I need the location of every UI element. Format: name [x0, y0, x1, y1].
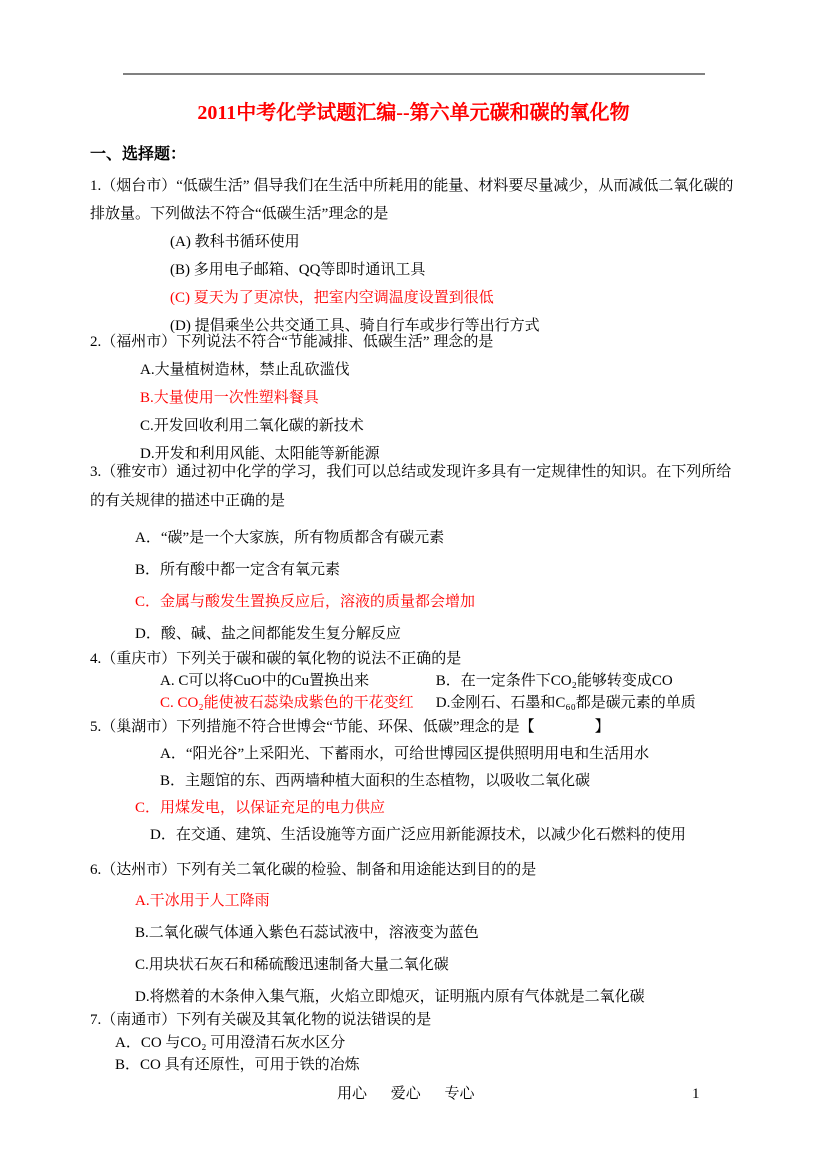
footer: 用心 爱心 专心	[337, 1086, 495, 1102]
page-title: 2011中考化学试题汇编--第六单元碳和碳的氧化物	[0, 98, 827, 128]
option: C.用块状石灰石和稀硫酸迅速制备大量二氧化碳	[90, 949, 740, 981]
question: 4.（重庆市）下列关于碳和碳的氧化物的说法不正确的是 A. C可以将CuO中的C…	[90, 648, 740, 714]
document-page: 2011中考化学试题汇编--第六单元碳和碳的氧化物 一、选择题： 1.（烟台市）…	[0, 0, 827, 1170]
option: (B) 多用电子邮箱、QQ等即时通讯工具	[90, 256, 740, 284]
option: D．在交通、建筑、生活设施等方面广泛应用新能源技术，以减少化石燃料的使用	[90, 822, 740, 849]
option: A．CO 与CO₂ 可用澄清石灰水区分	[90, 1032, 740, 1054]
question: 7.（南通市）下列有关碳及其氧化物的说法错误的是 A．CO 与CO₂ 可用澄清石…	[90, 1008, 740, 1076]
option: B．在一定条件下CO₂能够转变成CO	[436, 673, 673, 689]
option: A.干冰用于人工降雨	[90, 885, 740, 917]
option: B.大量使用一次性塑料餐具	[90, 384, 740, 412]
question-stem: 3.（雅安市）通过初中化学的学习，我们可以总结或发现许多具有一定规律性的知识。在…	[90, 458, 740, 516]
footer-word: 爱心	[391, 1086, 421, 1102]
question-stem: 6.（达州市）下列有关二氧化碳的检验、制备和用途能达到目的的是	[90, 855, 740, 885]
option: A．“碳”是一个大家族，所有物质都含有碳元素	[90, 522, 740, 554]
question-stem: 4.（重庆市）下列关于碳和碳的氧化物的说法不正确的是	[90, 648, 740, 670]
option: B．所有酸中都一定含有氧元素	[90, 554, 740, 586]
footer-word: 专心	[445, 1086, 475, 1102]
option: C.开发回收利用二氧化碳的新技术	[90, 412, 740, 440]
page-number: 1	[692, 1086, 700, 1102]
question: 3.（雅安市）通过初中化学的学习，我们可以总结或发现许多具有一定规律性的知识。在…	[90, 458, 740, 650]
option-row: C. CO₂能使被石蕊染成紫色的干花变红 D.金刚石、石墨和C₆₀都是碳元素的单…	[90, 692, 740, 714]
question-stem: 2.（福州市）下列说法不符合“节能减排、低碳生活” 理念的是	[90, 328, 740, 356]
option: D.金刚石、石墨和C₆₀都是碳元素的单质	[436, 695, 696, 711]
section-heading: 一、选择题：	[90, 143, 186, 167]
question: 1.（烟台市）“低碳生活” 倡导我们在生活中所耗用的能量、材料要尽量减少，从而减…	[90, 172, 740, 340]
question-stem: 5.（巢湖市）下列措施不符合世博会“节能、环保、低碳”理念的是【 】	[90, 713, 740, 741]
question: 2.（福州市）下列说法不符合“节能减排、低碳生活” 理念的是 A.大量植树造林，…	[90, 328, 740, 468]
question: 6.（达州市）下列有关二氧化碳的检验、制备和用途能达到目的的是 A.干冰用于人工…	[90, 855, 740, 1013]
option: C．金属与酸发生置换反应后，溶液的质量都会增加	[90, 586, 740, 618]
question: 5.（巢湖市）下列措施不符合世博会“节能、环保、低碳”理念的是【 】 A．“阳光…	[90, 713, 740, 849]
option: A．“阳光谷”上采阳光、下蓄雨水，可给世博园区提供照明用电和生活用水	[90, 741, 740, 768]
question-stem: 1.（烟台市）“低碳生活” 倡导我们在生活中所耗用的能量、材料要尽量减少，从而减…	[90, 172, 740, 228]
option: B.二氧化碳气体通入紫色石蕊试液中，溶液变为蓝色	[90, 917, 740, 949]
question-stem: 7.（南通市）下列有关碳及其氧化物的说法错误的是	[90, 1008, 740, 1032]
option: B．主题馆的东、西两墙种植大面积的生态植物，以吸收二氧化碳	[90, 768, 740, 795]
option: D．酸、碱、盐之间都能发生复分解反应	[90, 618, 740, 650]
option: C. CO₂能使被石蕊染成紫色的干花变红	[160, 692, 432, 714]
option-row: A. C可以将CuO中的Cu置换出来 B．在一定条件下CO₂能够转变成CO	[90, 670, 740, 692]
option: (C) 夏天为了更凉快，把室内空调温度设置到很低	[90, 284, 740, 312]
option: B．CO 具有还原性，可用于铁的冶炼	[90, 1054, 740, 1076]
header-rule	[123, 73, 705, 75]
option: (A) 教科书循环使用	[90, 228, 740, 256]
option: A. C可以将CuO中的Cu置换出来	[160, 670, 432, 692]
option: C．用煤发电，以保证充足的电力供应	[90, 795, 740, 822]
option: A.大量植树造林，禁止乱砍滥伐	[90, 356, 740, 384]
footer-word: 用心	[337, 1086, 367, 1102]
